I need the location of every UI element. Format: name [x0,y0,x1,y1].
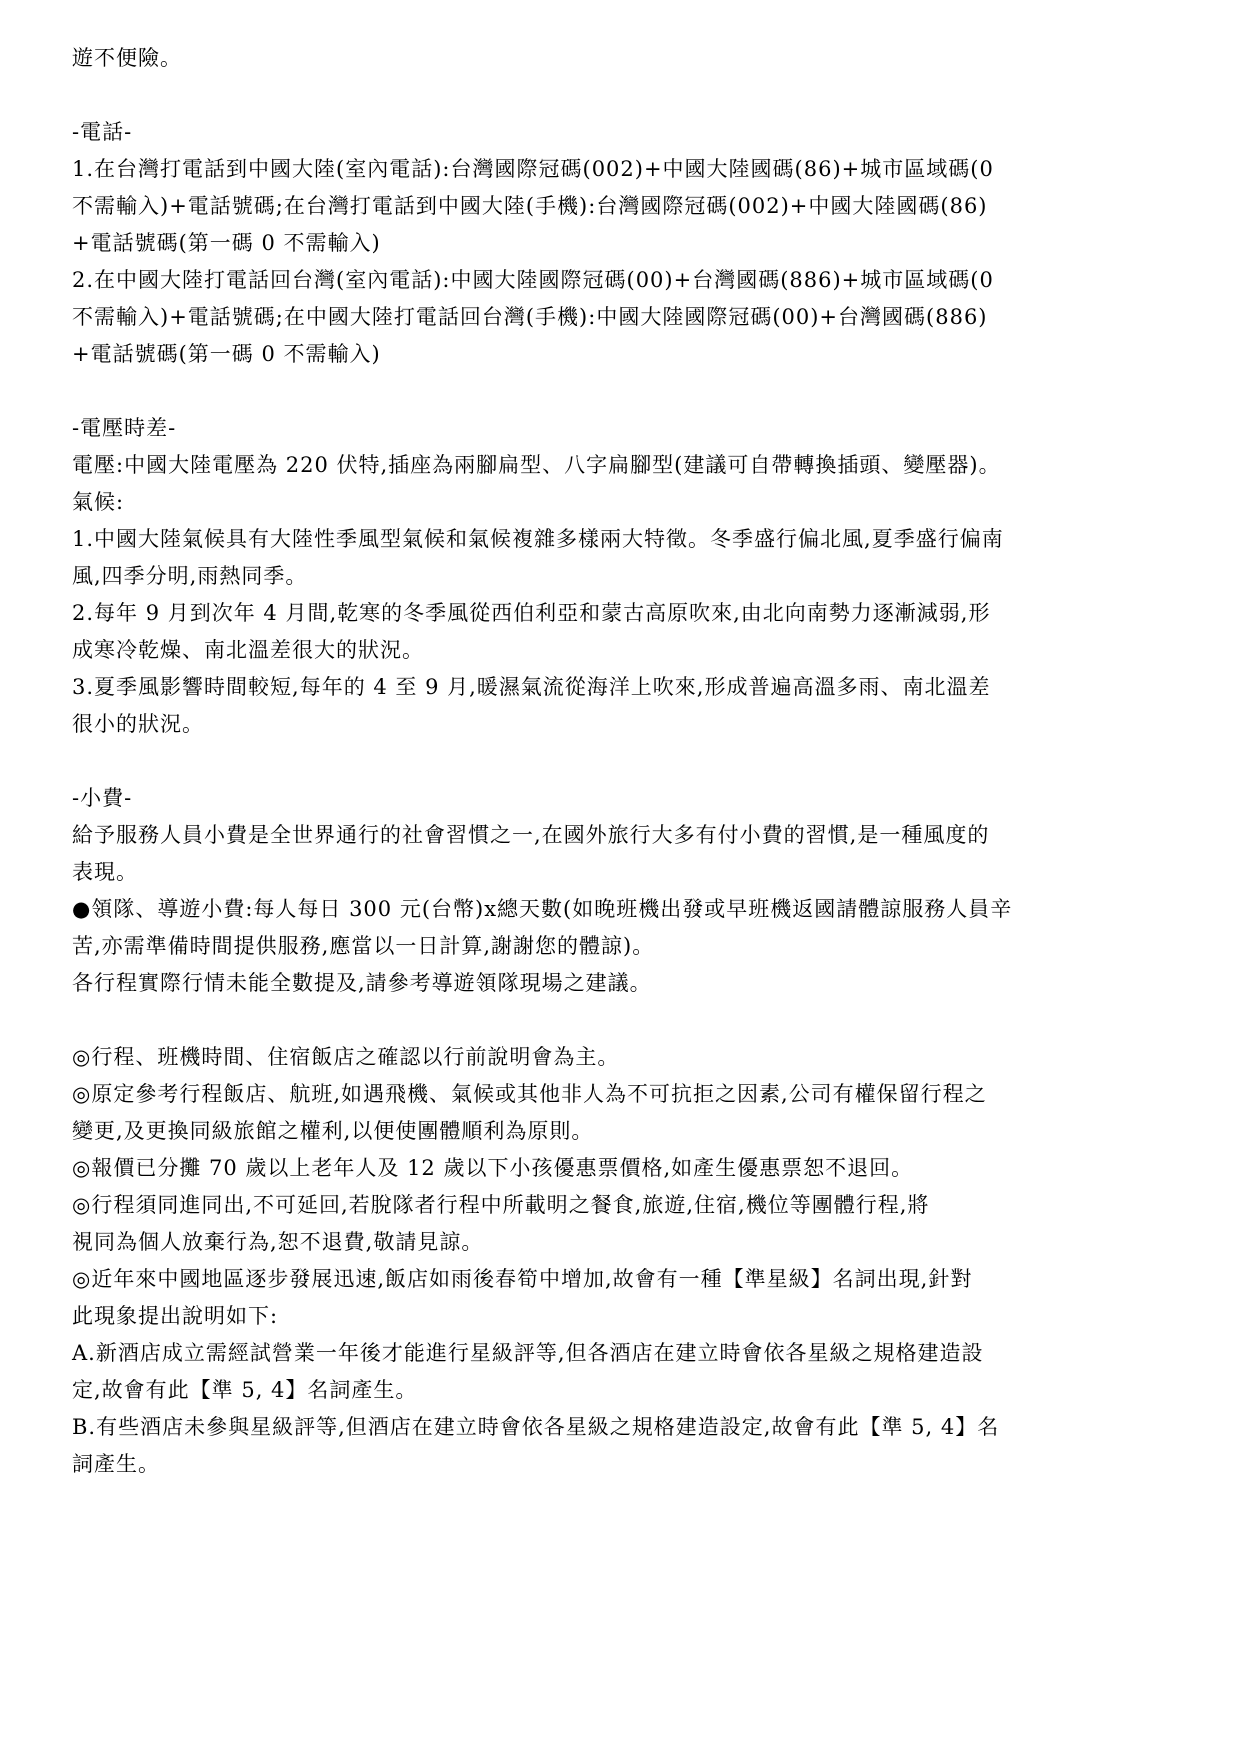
text-line: ◎行程、班機時間、住宿飯店之確認以行前說明會為主。 [72,1039,1172,1076]
spacer [72,743,1172,780]
text-line: 表現。 [72,854,1172,891]
phone-section: -電話- 1.在台灣打電話到中國大陸(室內電話):台灣國際冠碼(002)+中國大… [72,114,1172,373]
text-line: ◎行程須同進同出,不可延回,若脫隊者行程中所載明之餐食,旅遊,住宿,機位等團體行… [72,1187,1172,1224]
notice-item-3: ◎報價已分攤 70 歲以上老年人及 12 歲以下小孩優惠票價格,如產生優惠票恕不… [72,1150,1172,1187]
text-line: 2.每年 9 月到次年 4 月間,乾寒的冬季風從西伯利亞和蒙古高原吹來,由北向南… [72,595,1172,632]
tips-note: 各行程實際行情未能全數提及,請參考導遊領隊現場之建議。 [72,965,1172,1002]
text-line: 視同為個人放棄行為,恕不退費,敬請見諒。 [72,1224,1172,1261]
text-line: 遊不便險。 [72,40,1172,77]
text-line: 2.在中國大陸打電話回台灣(室內電話):中國大陸國際冠碼(00)+台灣國碼(88… [72,262,1172,299]
phone-item-2: 2.在中國大陸打電話回台灣(室內電話):中國大陸國際冠碼(00)+台灣國碼(88… [72,262,1172,373]
document-page: 遊不便險。 -電話- 1.在台灣打電話到中國大陸(室內電話):台灣國際冠碼(00… [72,40,1172,1483]
text-line: 1.中國大陸氣候具有大陸性季風型氣候和氣候複雜多樣兩大特徵。冬季盛行偏北風,夏季… [72,521,1172,558]
text-line: ◎原定參考行程飯店、航班,如遇飛機、氣候或其他非人為不可抗拒之因素,公司有權保留… [72,1076,1172,1113]
climate-item-1: 1.中國大陸氣候具有大陸性季風型氣候和氣候複雜多樣兩大特徵。冬季盛行偏北風,夏季… [72,521,1172,595]
text-line: 成寒冷乾燥、南北溫差很大的狀況。 [72,632,1172,669]
notice-item-a: A.新酒店成立需經試營業一年後才能進行星級評等,但各酒店在建立時會依各星級之規格… [72,1335,1172,1409]
section-heading-tips: -小費- [72,780,1172,817]
spacer [72,1002,1172,1039]
text-line: 給予服務人員小費是全世界通行的社會習慣之一,在國外旅行大多有付小費的習慣,是一種… [72,817,1172,854]
text-line: ●領隊、導遊小費:每人每日 300 元(台幣)x總天數(如晚班機出發或早班機返國… [72,891,1172,928]
climate-item-2: 2.每年 9 月到次年 4 月間,乾寒的冬季風從西伯利亞和蒙古高原吹來,由北向南… [72,595,1172,669]
text-line: B.有些酒店未參與星級評等,但酒店在建立時會依各星級之規格建造設定,故會有此【準… [72,1409,1172,1446]
notice-item-1: ◎行程、班機時間、住宿飯店之確認以行前說明會為主。 [72,1039,1172,1076]
text-line: 3.夏季風影響時間較短,每年的 4 至 9 月,暖濕氣流從海洋上吹來,形成普遍高… [72,669,1172,706]
notice-item-4: ◎行程須同進同出,不可延回,若脫隊者行程中所載明之餐食,旅遊,住宿,機位等團體行… [72,1187,1172,1261]
voltage-line: 電壓:中國大陸電壓為 220 伏特,插座為兩腳扁型、八字扁腳型(建議可自帶轉換插… [72,447,1172,484]
text-line: 很小的狀況。 [72,706,1172,743]
spacer [72,373,1172,410]
phone-item-1: 1.在台灣打電話到中國大陸(室內電話):台灣國際冠碼(002)+中國大陸國碼(8… [72,151,1172,262]
climate-item-3: 3.夏季風影響時間較短,每年的 4 至 9 月,暖濕氣流從海洋上吹來,形成普遍高… [72,669,1172,743]
text-line: 變更,及更換同級旅館之權利,以便使團體順利為原則。 [72,1113,1172,1150]
text-line: +電話號碼(第一碼 0 不需輸入) [72,336,1172,373]
text-line: ◎報價已分攤 70 歲以上老年人及 12 歲以下小孩優惠票價格,如產生優惠票恕不… [72,1150,1172,1187]
spacer [72,77,1172,114]
text-line: +電話號碼(第一碼 0 不需輸入) [72,225,1172,262]
notices-section: ◎行程、班機時間、住宿飯店之確認以行前說明會為主。 ◎原定參考行程飯店、航班,如… [72,1039,1172,1483]
tips-intro: 給予服務人員小費是全世界通行的社會習慣之一,在國外旅行大多有付小費的習慣,是一種… [72,817,1172,891]
section-heading-phone: -電話- [72,114,1172,151]
notice-item-5: ◎近年來中國地區逐步發展迅速,飯店如雨後春筍中增加,故會有一種【準星級】名詞出現… [72,1261,1172,1335]
intro-paragraph: 遊不便險。 [72,40,1172,77]
text-line: 不需輸入)+電話號碼;在中國大陸打電話回台灣(手機):中國大陸國際冠碼(00)+… [72,299,1172,336]
notice-item-2: ◎原定參考行程飯店、航班,如遇飛機、氣候或其他非人為不可抗拒之因素,公司有權保留… [72,1076,1172,1150]
notice-item-b: B.有些酒店未參與星級評等,但酒店在建立時會依各星級之規格建造設定,故會有此【準… [72,1409,1172,1483]
text-line: A.新酒店成立需經試營業一年後才能進行星級評等,但各酒店在建立時會依各星級之規格… [72,1335,1172,1372]
text-line: ◎近年來中國地區逐步發展迅速,飯店如雨後春筍中增加,故會有一種【準星級】名詞出現… [72,1261,1172,1298]
text-line: 苦,亦需準備時間提供服務,應當以一日計算,謝謝您的體諒)。 [72,928,1172,965]
text-line: 定,故會有此【準 5, 4】名詞產生。 [72,1372,1172,1409]
tips-section: -小費- 給予服務人員小費是全世界通行的社會習慣之一,在國外旅行大多有付小費的習… [72,780,1172,1002]
guide-tip-bullet: ●領隊、導遊小費:每人每日 300 元(台幣)x總天數(如晚班機出發或早班機返國… [72,891,1172,965]
voltage-section: -電壓時差- 電壓:中國大陸電壓為 220 伏特,插座為兩腳扁型、八字扁腳型(建… [72,410,1172,743]
climate-label: 氣候: [72,484,1172,521]
text-line: 風,四季分明,雨熱同季。 [72,558,1172,595]
text-line: 詞產生。 [72,1446,1172,1483]
section-heading-voltage: -電壓時差- [72,410,1172,447]
text-line: 1.在台灣打電話到中國大陸(室內電話):台灣國際冠碼(002)+中國大陸國碼(8… [72,151,1172,188]
text-line: 不需輸入)+電話號碼;在台灣打電話到中國大陸(手機):台灣國際冠碼(002)+中… [72,188,1172,225]
text-line: 此現象提出說明如下: [72,1298,1172,1335]
